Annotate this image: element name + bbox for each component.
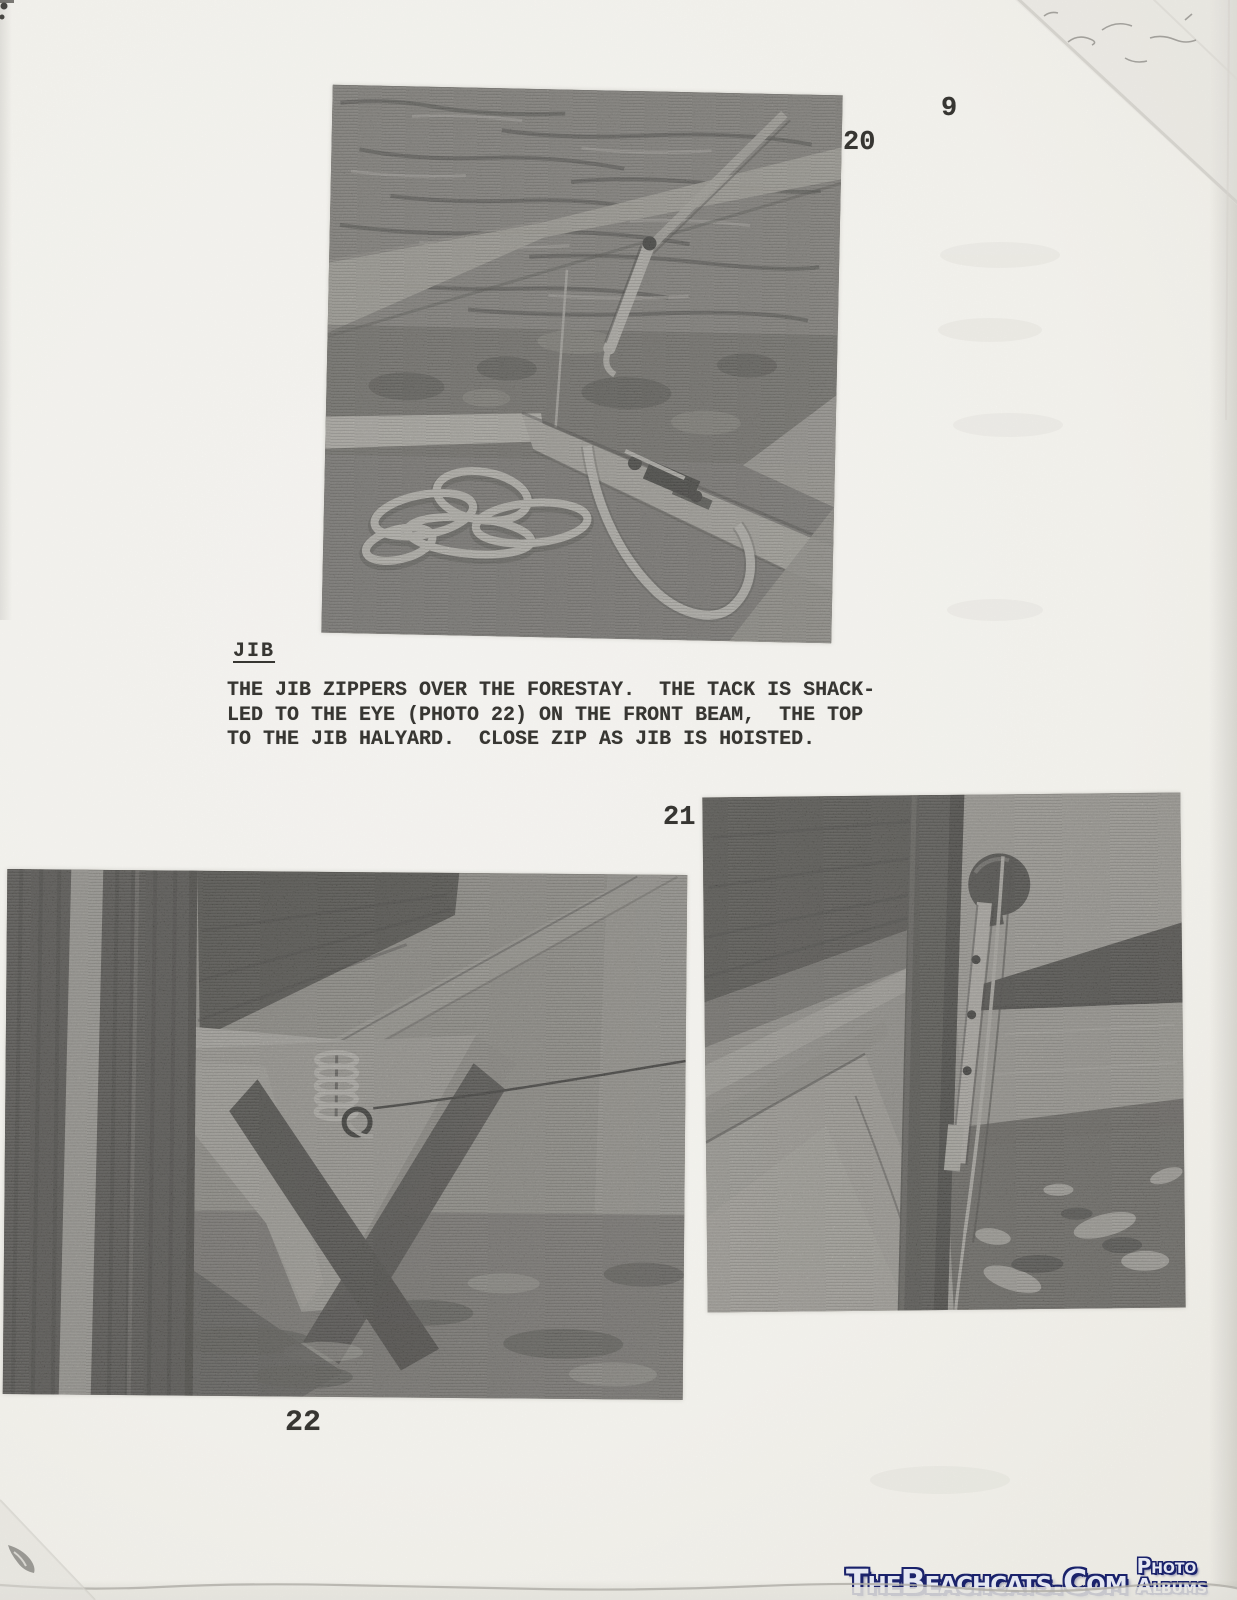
scanned-manual-page: 9 20 21 22 JIB THE JIB ZIPPERS OVER THE … <box>0 0 1237 1600</box>
page-edge-shadow-left <box>0 0 12 620</box>
photo-22-image <box>3 869 688 1400</box>
photo-22-label: 22 <box>285 1406 321 1440</box>
body-line: LED TO THE EYE (PHOTO 22) ON THE FRONT B… <box>227 704 875 729</box>
fold-crease-top-right <box>1015 0 1237 420</box>
photo-21-art <box>702 793 1185 1313</box>
body-line: TO THE JIB HALYARD. CLOSE ZIP AS JIB IS … <box>227 728 875 753</box>
photo-21-label: 21 <box>663 803 695 833</box>
body-line: THE JIB ZIPPERS OVER THE FORESTAY. THE T… <box>227 679 875 704</box>
corner-smudge-marks <box>1044 12 1196 62</box>
pen-mark-bottom-left <box>8 1545 35 1573</box>
watermark-suffix-text: Photo Albums <box>1137 1556 1236 1598</box>
photo-20-label: 20 <box>843 128 875 158</box>
top-left-specks <box>0 0 14 20</box>
photo-20-image <box>321 85 842 644</box>
photo-20-art <box>321 85 842 644</box>
watermark-site-text: TheBeachcats.Com <box>846 1565 1127 1598</box>
page-edge-shadow-right <box>1209 0 1237 1600</box>
photo-22-art <box>3 869 688 1400</box>
section-heading: JIB <box>233 640 275 663</box>
photo-21-image <box>702 793 1185 1313</box>
body-paragraph: THE JIB ZIPPERS OVER THE FORESTAY. THE T… <box>227 679 875 753</box>
page-number: 9 <box>941 94 957 124</box>
watermark: TheBeachcats.Com Photo Albums <box>846 1558 1236 1598</box>
